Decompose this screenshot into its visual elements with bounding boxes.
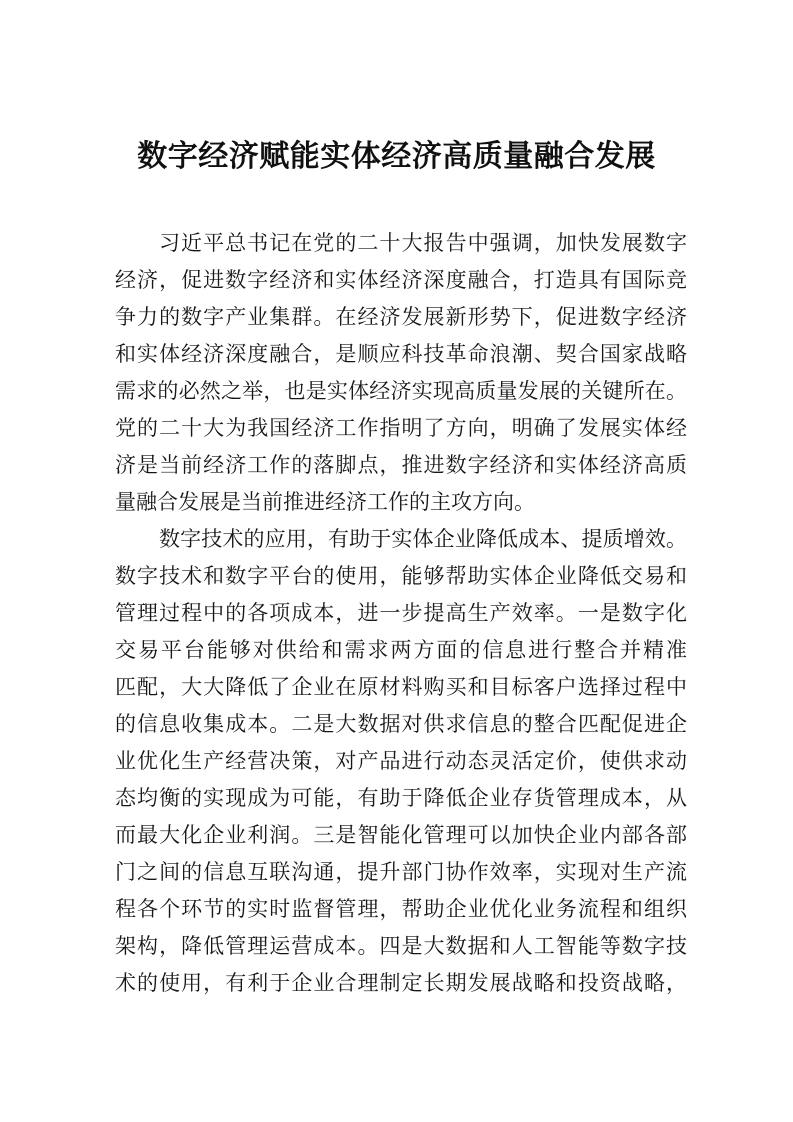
text-line: 架构，降低管理运营成本。四是大数据和人工智能等数字技 xyxy=(115,928,687,965)
paragraph-2: 数字技术的应用，有助于实体企业降低成本、提质增效。 数字技术和数字平台的使用，能… xyxy=(115,521,687,1002)
text-line: 交易平台能够对供给和需求两方面的信息进行整合并精准 xyxy=(115,632,687,669)
text-line: 态均衡的实现成为可能，有助于降低企业存货管理成本，从 xyxy=(115,780,687,817)
paragraph-1: 习近平总书记在党的二十大报告中强调，加快发展数字 经济，促进数字经济和实体经济深… xyxy=(115,225,687,521)
text-line: 的信息收集成本。二是大数据对供求信息的整合匹配促进企 xyxy=(115,706,687,743)
text-line: 济是当前经济工作的落脚点，推进数字经济和实体经济高质 xyxy=(115,447,687,484)
document-title: 数字经济赋能实体经济高质量融合发展 xyxy=(0,134,793,180)
text-line: 程各个环节的实时监督管理，帮助企业优化业务流程和组织 xyxy=(115,891,687,928)
text-line: 数字技术和数字平台的使用，能够帮助实体企业降低交易和 xyxy=(115,558,687,595)
text-line: 和实体经济深度融合，是顺应科技革命浪潮、契合国家战略 xyxy=(115,336,687,373)
document-body: 习近平总书记在党的二十大报告中强调，加快发展数字 经济，促进数字经济和实体经济深… xyxy=(115,225,687,1002)
text-line: 党的二十大为我国经济工作指明了方向，明确了发展实体经 xyxy=(115,410,687,447)
text-line: 数字技术的应用，有助于实体企业降低成本、提质增效。 xyxy=(115,521,687,558)
text-line: 争力的数字产业集群。在经济发展新形势下，促进数字经济 xyxy=(115,299,687,336)
text-line: 业优化生产经营决策，对产品进行动态灵活定价，使供求动 xyxy=(115,743,687,780)
text-line: 管理过程中的各项成本，进一步提高生产效率。一是数字化 xyxy=(115,595,687,632)
text-line: 而最大化企业利润。三是智能化管理可以加快企业内部各部 xyxy=(115,817,687,854)
text-line: 门之间的信息互联沟通，提升部门协作效率，实现对生产流 xyxy=(115,854,687,891)
text-line: 匹配，大大降低了企业在原材料购买和目标客户选择过程中 xyxy=(115,669,687,706)
text-line: 习近平总书记在党的二十大报告中强调，加快发展数字 xyxy=(115,225,687,262)
text-line: 术的使用，有利于企业合理制定长期发展战略和投资战略， xyxy=(115,965,687,1002)
text-line: 量融合发展是当前推进经济工作的主攻方向。 xyxy=(115,484,687,521)
text-line: 需求的必然之举，也是实体经济实现高质量发展的关键所在。 xyxy=(115,373,687,410)
document-page: 数字经济赋能实体经济高质量融合发展 习近平总书记在党的二十大报告中强调，加快发展… xyxy=(0,0,793,1122)
text-line: 经济，促进数字经济和实体经济深度融合，打造具有国际竞 xyxy=(115,262,687,299)
